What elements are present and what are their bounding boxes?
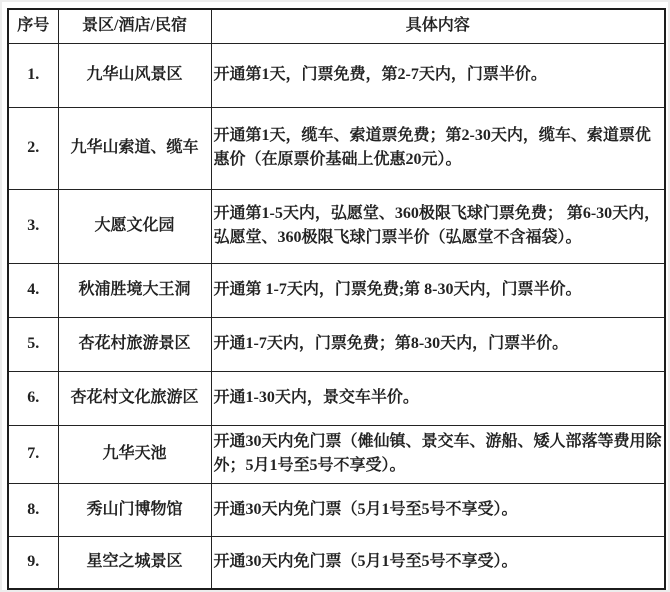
table-row: 1. 九华山风景区 开通第1天，门票免费，第2-7天内，门票半价。 <box>8 43 665 107</box>
table-cell-name: 秋浦胜境大王洞 <box>58 263 211 317</box>
header-cell-no: 序号 <box>8 9 58 43</box>
table-body: 1. 九华山风景区 开通第1天，门票免费，第2-7天内，门票半价。 2. 九华山… <box>8 43 665 589</box>
table-cell-name: 九华山风景区 <box>58 43 211 107</box>
table-row: 4. 秋浦胜境大王洞 开通第 1-7天内，门票免费;第 8-30天内，门票半价。 <box>8 263 665 317</box>
table-cell-detail: 开通第1-5天内，弘愿堂、360极限飞球门票免费； 第6-30天内，弘愿堂、36… <box>211 189 665 263</box>
table-cell-no: 9. <box>8 536 58 589</box>
table-cell-no: 7. <box>8 425 58 483</box>
table-row: 8. 秀山门博物馆 开通30天内免门票（5月1号至5号不享受）。 <box>8 483 665 536</box>
table-row: 6. 杏花村文化旅游区 开通1-30天内，景交车半价。 <box>8 371 665 425</box>
table-cell-name: 大愿文化园 <box>58 189 211 263</box>
header-cell-detail: 具体内容 <box>211 9 665 43</box>
table-cell-no: 3. <box>8 189 58 263</box>
table-cell-no: 4. <box>8 263 58 317</box>
table-row: 3. 大愿文化园 开通第1-5天内，弘愿堂、360极限飞球门票免费； 第6-30… <box>8 189 665 263</box>
table-cell-name: 杏花村旅游景区 <box>58 317 211 371</box>
table-cell-detail: 开通30天内免门票（5月1号至5号不享受）。 <box>211 483 665 536</box>
table-row: 2. 九华山索道、缆车 开通第1天，缆车、索道票免费；第2-30天内，缆车、索道… <box>8 107 665 189</box>
table-cell-name: 星空之城景区 <box>58 536 211 589</box>
table-cell-detail: 开通第1天，缆车、索道票免费；第2-30天内，缆车、索道票优惠价（在原票价基础上… <box>211 107 665 189</box>
page: 序号 景区/酒店/民宿 具体内容 1. 九华山风景区 开通第1天，门票免费，第2… <box>2 2 668 590</box>
table-row: 5. 杏花村旅游景区 开通1-7天内，门票免费；第8-30天内，门票半价。 <box>8 317 665 371</box>
table-cell-no: 8. <box>8 483 58 536</box>
header-cell-name: 景区/酒店/民宿 <box>58 9 211 43</box>
table-cell-no: 5. <box>8 317 58 371</box>
table-cell-name: 九华山索道、缆车 <box>58 107 211 189</box>
table-cell-no: 2. <box>8 107 58 189</box>
table-cell-detail: 开通30天内免门票（5月1号至5号不享受）。 <box>211 536 665 589</box>
table-row: 7. 九华天池 开通30天内免门票（傩仙镇、景交车、游船、矮人部落等费用除外；5… <box>8 425 665 483</box>
table-cell-name: 秀山门博物馆 <box>58 483 211 536</box>
scenic-area-offers-table: 序号 景区/酒店/民宿 具体内容 1. 九华山风景区 开通第1天，门票免费，第2… <box>7 8 666 590</box>
table-cell-no: 1. <box>8 43 58 107</box>
table-cell-detail: 开通1-7天内，门票免费；第8-30天内，门票半价。 <box>211 317 665 371</box>
table-cell-detail: 开通第1天，门票免费，第2-7天内，门票半价。 <box>211 43 665 107</box>
table-cell-name: 杏花村文化旅游区 <box>58 371 211 425</box>
table-cell-detail: 开通第 1-7天内，门票免费;第 8-30天内，门票半价。 <box>211 263 665 317</box>
table-row: 9. 星空之城景区 开通30天内免门票（5月1号至5号不享受）。 <box>8 536 665 589</box>
table-header: 序号 景区/酒店/民宿 具体内容 <box>8 9 665 43</box>
table-cell-detail: 开通1-30天内，景交车半价。 <box>211 371 665 425</box>
table-cell-name: 九华天池 <box>58 425 211 483</box>
table-cell-detail: 开通30天内免门票（傩仙镇、景交车、游船、矮人部落等费用除外；5月1号至5号不享… <box>211 425 665 483</box>
header-row: 序号 景区/酒店/民宿 具体内容 <box>8 9 665 43</box>
table-cell-no: 6. <box>8 371 58 425</box>
